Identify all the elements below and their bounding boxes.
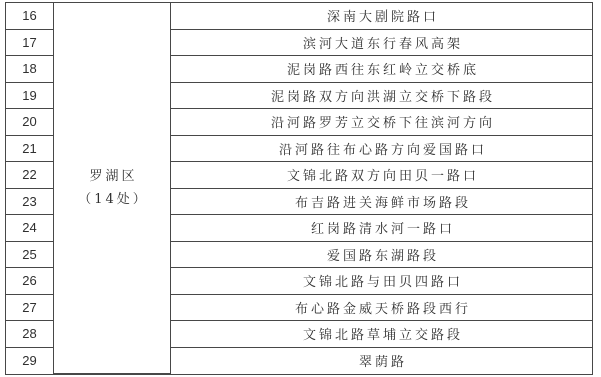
location-cell: 泥岗路西往东红岭立交桥底 bbox=[171, 56, 592, 83]
location-cell: 沿河路往布心路方向爱国路口 bbox=[171, 136, 592, 163]
location-cell: 深南大剧院路口 bbox=[171, 3, 592, 30]
location-cell: 爱国路东湖路段 bbox=[171, 242, 592, 269]
location-cell: 布吉路进关海鲜市场路段 bbox=[171, 189, 592, 216]
row-number-cell: 18 bbox=[6, 56, 54, 83]
location-cell: 文锦北路与田贝四路口 bbox=[171, 268, 592, 295]
location-cell: 滨河大道东行春风高架 bbox=[171, 30, 592, 57]
row-number-cell: 21 bbox=[6, 136, 54, 163]
location-cell: 沿河路罗芳立交桥下往滨河方向 bbox=[171, 109, 592, 136]
row-number-cell: 27 bbox=[6, 295, 54, 322]
traffic-locations-table: 1617181920212223242526272829 罗湖区 （14处） 深… bbox=[5, 2, 593, 375]
location-cell: 文锦北路草埔立交路段 bbox=[171, 321, 592, 348]
location-cell: 泥岗路双方向洪湖立交桥下路段 bbox=[171, 83, 592, 110]
row-number-cell: 26 bbox=[6, 268, 54, 295]
location-cell: 布心路金威天桥路段西行 bbox=[171, 295, 592, 322]
row-number-cell: 17 bbox=[6, 30, 54, 57]
document-page: 1617181920212223242526272829 罗湖区 （14处） 深… bbox=[0, 0, 601, 377]
row-number-cell: 29 bbox=[6, 348, 54, 375]
row-number-cell: 25 bbox=[6, 242, 54, 269]
district-count: （14处） bbox=[75, 188, 149, 211]
row-number-cell: 16 bbox=[6, 3, 54, 30]
district-cell: 罗湖区 （14处） bbox=[54, 3, 171, 374]
district-name: 罗湖区 bbox=[86, 165, 137, 188]
row-number-cell: 28 bbox=[6, 321, 54, 348]
row-number-cell: 24 bbox=[6, 215, 54, 242]
location-cell: 红岗路清水河一路口 bbox=[171, 215, 592, 242]
row-number-cell: 22 bbox=[6, 162, 54, 189]
row-number-cell: 20 bbox=[6, 109, 54, 136]
row-number-cell: 23 bbox=[6, 189, 54, 216]
location-cell: 翠荫路 bbox=[171, 348, 592, 375]
location-cell: 文锦北路双方向田贝一路口 bbox=[171, 162, 592, 189]
row-number-cell: 19 bbox=[6, 83, 54, 110]
